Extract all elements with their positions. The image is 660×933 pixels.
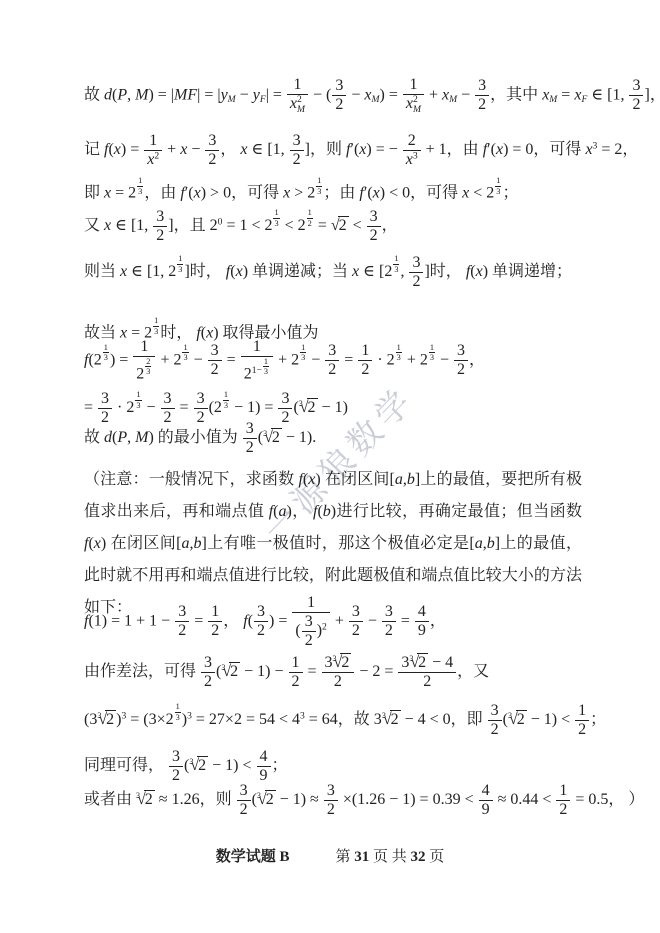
formula-line-13: (33√2)3 = (3×213)3 = 27×2 = 54 < 43 = 64…	[84, 702, 606, 739]
footer-doc-title: 数学试题 B	[216, 845, 290, 866]
formula-line-1: 故 d(P, M) = |MF| = |yM − yF| = 1x2M − (3…	[84, 76, 660, 115]
document-page: 一源狼数学 故 d(P, M) = |MF| = |yM − yF| = 1x2…	[0, 0, 660, 933]
footer-page-info: 第 31 页 共 32 页	[335, 845, 444, 866]
formula-line-7: f(213) = 1223 + 213 − 32 = 121−13 + 213 …	[84, 338, 485, 384]
formula-line-15: 或者由 3√2 ≈ 1.26，则 32(3√2 − 1) ≈ 32 ×(1.26…	[84, 782, 644, 819]
formula-line-12: 由作差法，可得 32(3√2 − 1) − 12 = 33√22 − 2 = 3…	[84, 654, 489, 691]
formula-line-9: 故 d(P, M) 的最小值为 32(3√2 − 1).	[84, 420, 316, 457]
formula-line-2: 记 f(x) = 1x2 + x − 32， x ∈ [1, 32]，则 f′(…	[84, 132, 638, 169]
footer: 数学试题 B第 31 页 共 32 页	[0, 845, 660, 866]
formula-line-11: f(1) = 1 + 1 − 32 = 12， f(32) = 1(32)2 +…	[84, 594, 446, 650]
content: 故 d(P, M) = |MF| = |yM − yF| = 1x2M − (3…	[0, 0, 660, 933]
formula-line-4: 又 x ∈ [1, 32]，且 20 = 1 < 213 < 212 = √2 …	[84, 208, 398, 245]
formula-line-5: 则当 x ∈ [1, 213]时， f(x) 单调递减；当 x ∈ [213, …	[84, 254, 572, 291]
formula-line-14: 同理可得， 32(3√2 − 1) < 49；	[84, 748, 288, 785]
formula-line-3: 即 x = 213，由 f′(x) > 0，可得 x > 213；由 f′(x)…	[84, 176, 518, 204]
